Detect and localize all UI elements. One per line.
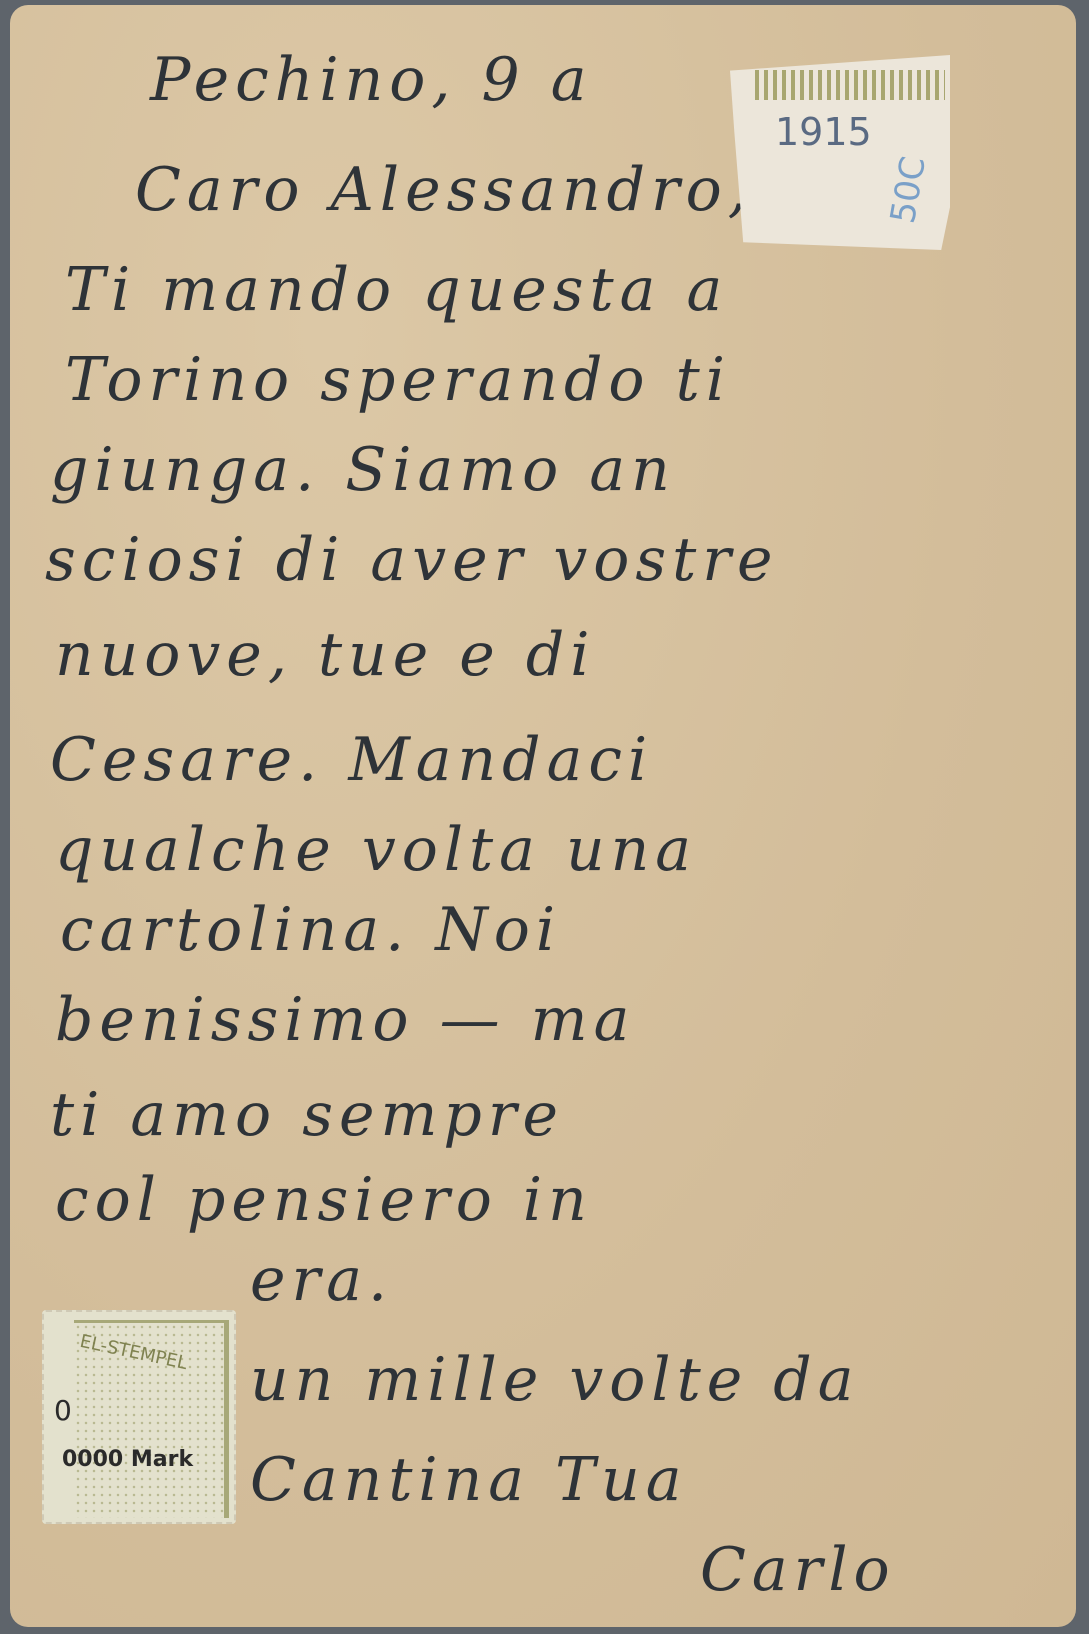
torn-stamp-top: 1915 50C [730, 55, 950, 250]
handwriting-line: Ti mando questa a [65, 255, 728, 325]
handwriting-line: un mille volte da [250, 1345, 859, 1415]
handwriting-line: Torino sperando ti [65, 345, 731, 415]
handwriting-line: ti amo sempre [50, 1080, 564, 1150]
handwriting-line: Cantina Tua [250, 1445, 688, 1515]
handwriting-line: giunga. Siamo an [50, 435, 676, 505]
pencil-annotation: 1915 [775, 110, 872, 154]
handwriting-line: qualche volta una [55, 815, 697, 885]
handwriting-line: Caro Alessandro, [135, 155, 753, 225]
stamp-perforation-bars [755, 70, 945, 100]
handwriting-line: nuove, tue e di [55, 620, 595, 690]
handwriting-line: cartolina. Noi [60, 895, 561, 965]
handwriting-line: sciosi di aver vostre [45, 525, 778, 595]
stamp-value: 0000 Mark [62, 1447, 193, 1472]
handwriting-line: Cesare. Mandaci [50, 725, 653, 795]
handwriting-line: era. [250, 1245, 393, 1315]
signature: Carlo [700, 1535, 896, 1605]
handwriting-line: benissimo — ma [55, 985, 635, 1055]
revenue-stamp: EL-STEMPEL 0 0000 Mark [42, 1310, 236, 1524]
stamp-digit: 0 [54, 1394, 72, 1427]
handwriting-line: Pechino, 9 a [150, 45, 593, 115]
blue-pencil-annotation: 50C [883, 154, 934, 227]
handwriting-line: col pensiero in [55, 1165, 593, 1235]
